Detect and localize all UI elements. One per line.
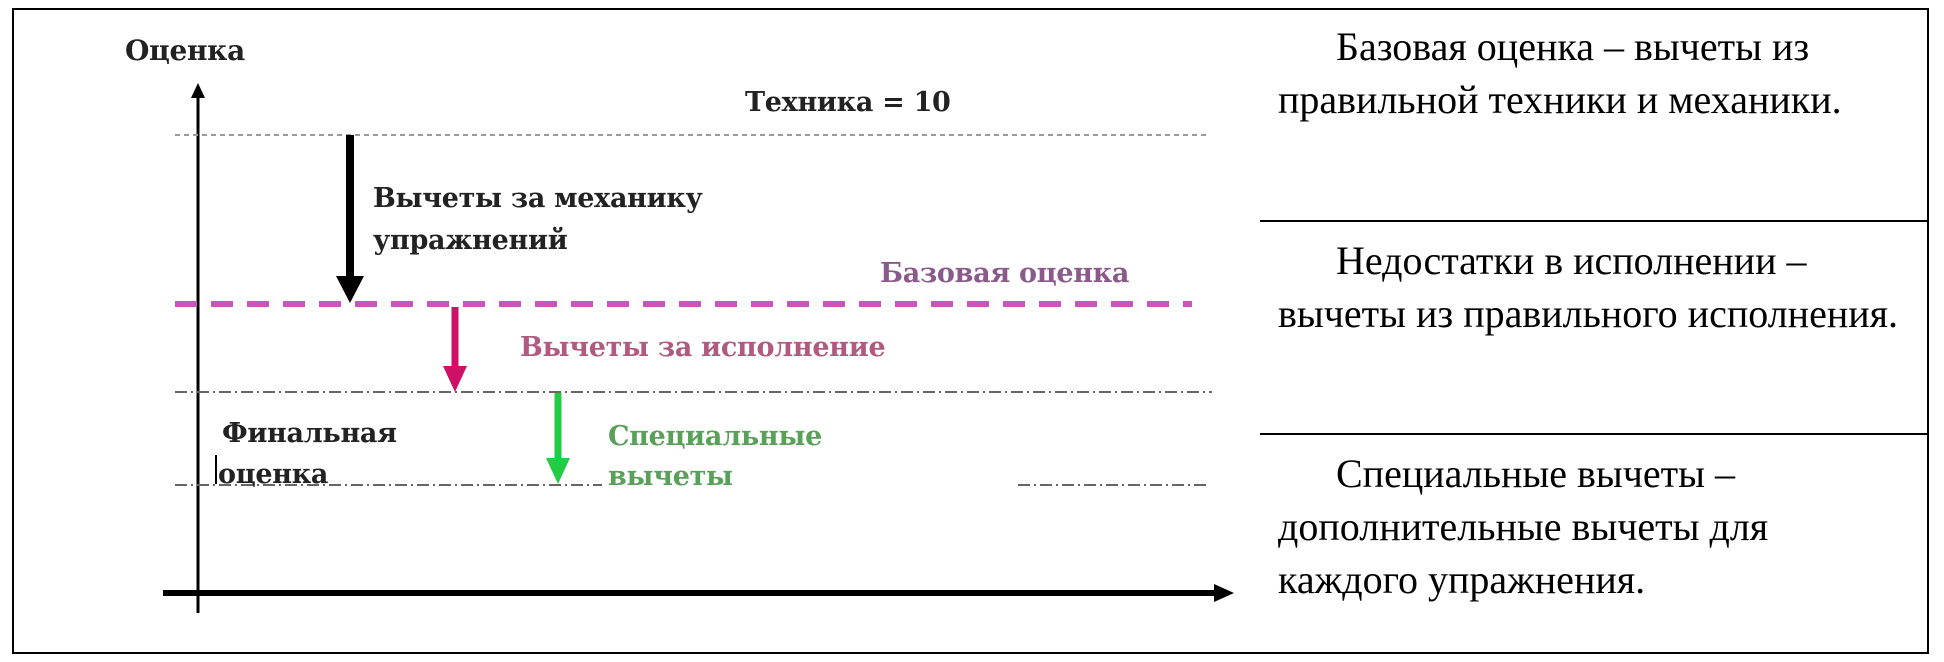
special-deduction-label-line1: Специальные xyxy=(608,414,822,459)
final-score-label-line1: Финальная xyxy=(222,411,397,456)
explanation-text: Недостатки в исполнении – вычеты из прав… xyxy=(1278,234,1909,340)
execution-deduction-arrow xyxy=(443,307,467,392)
final-score-label-line2: оценка xyxy=(218,452,328,497)
special-deduction-arrow xyxy=(546,393,570,484)
x-axis xyxy=(163,584,1234,602)
y-axis-arrow-icon xyxy=(191,83,205,98)
explanation-execution: Недостатки в исполнении – вычеты из прав… xyxy=(1260,222,1927,434)
mechanics-deduction-label-line2: упражнений xyxy=(373,218,567,263)
explanation-table: Базовая оценка – вычеты из правильной те… xyxy=(1260,8,1929,654)
explanation-text: Базовая оценка – вычеты из правильной те… xyxy=(1278,20,1909,126)
explanation-special: Специальные вычеты – дополнительные выче… xyxy=(1260,435,1927,653)
y-axis-label: Оценка xyxy=(125,28,245,73)
y-axis xyxy=(191,83,205,613)
explanation-text: Специальные вычеты – дополнительные выче… xyxy=(1278,447,1909,606)
x-axis-arrow-icon xyxy=(1214,584,1234,602)
technique-level-label: Техника = 10 xyxy=(745,80,951,125)
mechanics-deduction-arrow xyxy=(336,135,364,303)
base-score-label: Базовая оценка xyxy=(880,251,1129,296)
explanation-base-score: Базовая оценка – вычеты из правильной те… xyxy=(1260,8,1927,221)
execution-deduction-label: Вычеты за исполнение xyxy=(520,325,885,370)
scoring-diagram: Оценка Техника = 10 Вычеты за механику у… xyxy=(0,0,1260,662)
mechanics-deduction-label-line1: Вычеты за механику xyxy=(373,176,703,221)
special-deduction-label-line2: вычеты xyxy=(608,454,733,499)
